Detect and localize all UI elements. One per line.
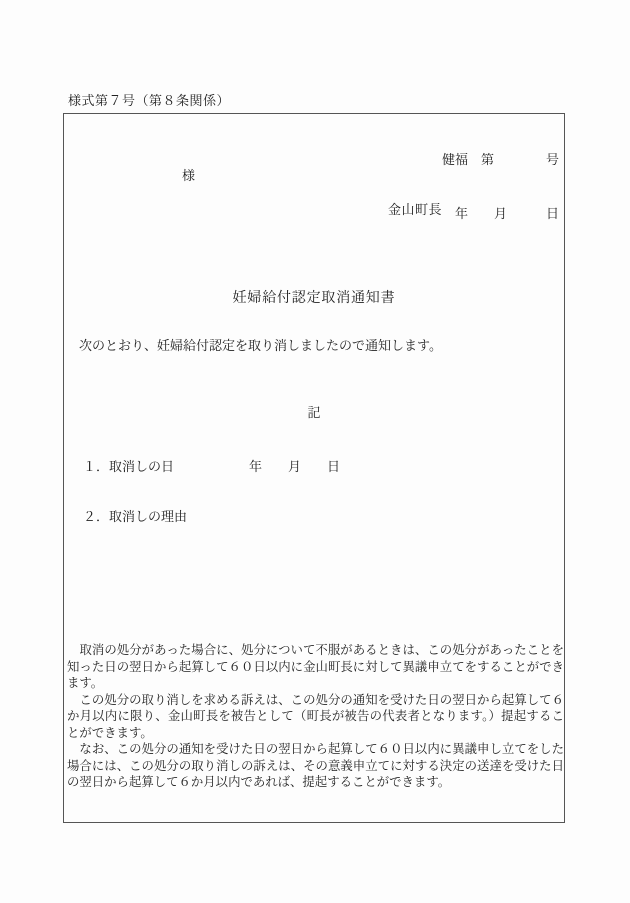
item-cancellation-date-label: １．取消しの日 [83,456,174,475]
appeal-notes: 取消の処分があった場合に、処分について不服があるときは、この処分があったことを知… [67,642,564,791]
doc-date-line: 年 月 日 [64,206,559,224]
appeal-note-objection: 取消の処分があった場合に、処分について不服があるときは、この処分があったことを知… [67,642,564,692]
form-border-box: 健福 第 号 年 月 日 様 金山町長 妊婦給付認定取消通知書 次のとおり、妊婦… [63,113,565,823]
appeal-note-supplement: なお、この処分の通知を受けた日の翌日から起算して６０日以内に異議申し立てをした場… [67,741,564,791]
notification-sentence: 次のとおり、妊婦給付認定を取り消しましたので通知します。 [66,335,442,354]
document-page: 様式第７号（第８条関係） 健福 第 号 年 月 日 様 金山町長 妊婦給付認定取… [0,0,630,903]
ki-heading: 記 [64,402,564,421]
item-cancellation-reason-label: ２．取消しの理由 [83,506,187,525]
document-header: 健福 第 号 年 月 日 [64,116,559,260]
appeal-note-lawsuit: この処分の取り消しを求める訴えは、この処分の通知を受けた日の翌日から起算して６か… [67,692,564,742]
item-cancellation-date-blanks: 年 月 日 [249,456,340,475]
form-style-label: 様式第７号（第８条関係） [68,90,230,109]
sender-name: 金山町長 [388,199,442,218]
document-title: 妊婦給付認定取消通知書 [64,287,564,307]
recipient-honorific: 様 [182,165,195,184]
doc-number-line: 健福 第 号 [64,152,559,170]
